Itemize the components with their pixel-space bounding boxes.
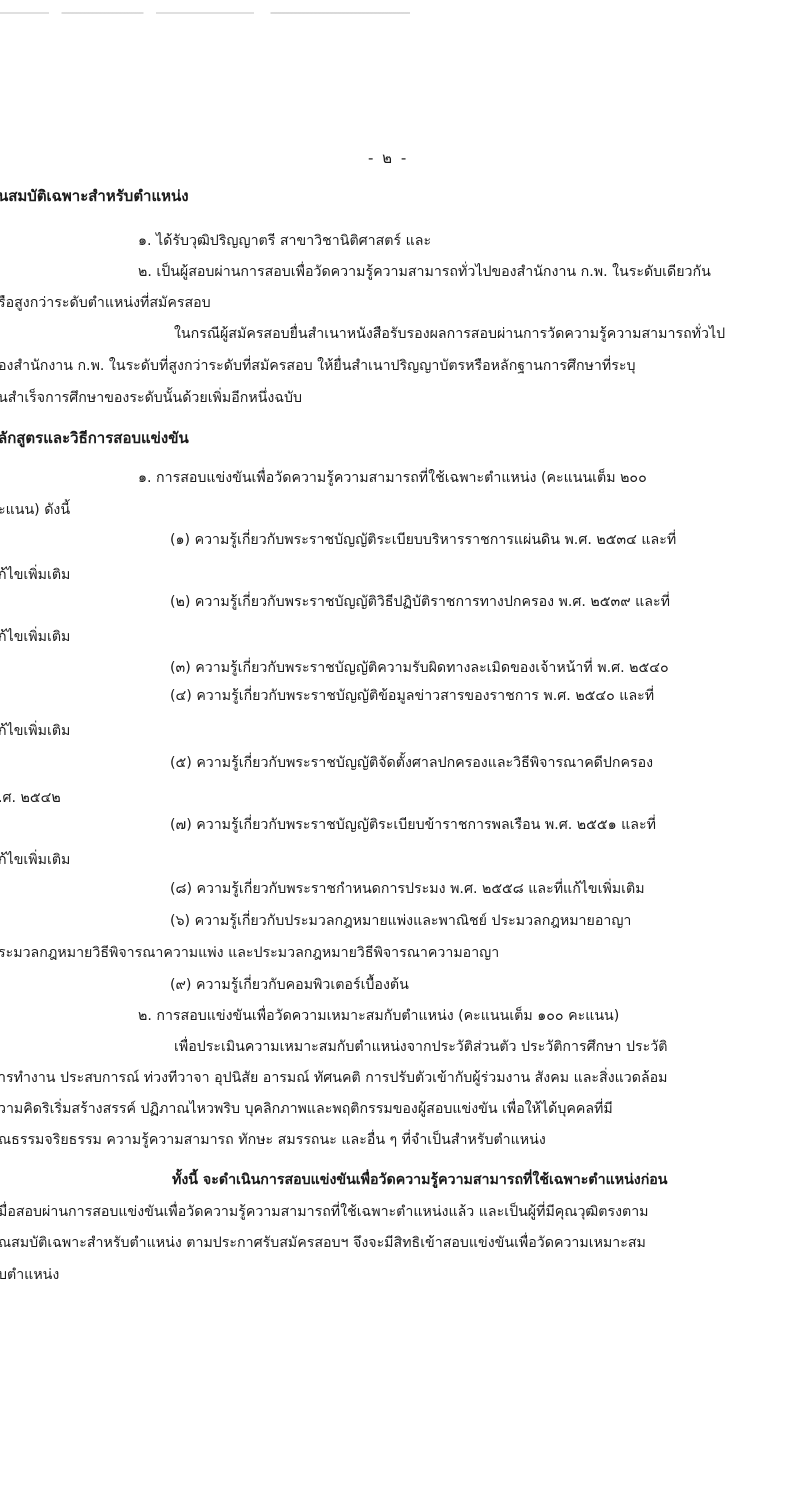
exam-topic-5: (๕) ความรู้เกี่ยวกับพระราชบัญญัติจัดตั้ง… [170, 753, 653, 773]
section-heading-qualifications: นสมบัติเฉพาะสำหรับตำแหน่ง [0, 186, 189, 206]
exam-part-1: ๑. การสอบแข่งขันเพื่อวัดความรู้ความสามาร… [138, 468, 647, 488]
exam-topic-7: (๗) ความรู้เกี่ยวกับพระราชบัญญัติระเบียบ… [170, 815, 656, 835]
section-heading-curriculum: ลักสูตรและวิธีการสอบแข่งขัน [0, 428, 189, 448]
qualification-item-2-cont: รือสูงกว่าระดับตำแหน่งที่สมัครสอบ [0, 293, 211, 313]
qualification-item-2: ๒. เป็นผู้สอบผ่านการสอบเพื่อวัดความรู้คว… [138, 262, 711, 282]
exam-topic-3: (๓) ความรู้เกี่ยวกับพระราชบัญญัติความรับ… [170, 658, 669, 678]
exam-part-2-desc-4: ุณธรรมจริยธรรม ความรู้ความสามารถ ทักษะ ส… [0, 1130, 546, 1150]
exam-topic-4: (๔) ความรู้เกี่ยวกับพระราชบัญญัติข้อมูลข… [170, 686, 654, 706]
page-number: - ๒ - [368, 146, 408, 170]
exam-part-1-cont: ะแนน) ดังนี้ [0, 500, 70, 520]
exam-part-2-desc-1: เพื่อประเมินความเหมาะสมกับตำแหน่งจากประว… [174, 1037, 667, 1057]
exam-part-2-desc-2: ารทำงาน ประสบการณ์ ท่วงทีวาจา อุปนิสัย อ… [0, 1068, 668, 1088]
exam-note-line-4: ับตำแหน่ง [0, 1265, 59, 1285]
exam-topic-8: (๘) ความรู้เกี่ยวกับพระราชกำหนดการประมง … [170, 879, 645, 899]
exam-topic-9: (๙) ความรู้เกี่ยวกับคอมพิวเตอร์เบื้องต้น [170, 975, 409, 995]
exam-topic-6-cont: ระมวลกฎหมายวิธีพิจารณาความแพ่ง และประมวล… [0, 943, 499, 963]
qualification-note-line-3: นสำเร็จการศึกษาของระดับนั้นด้วยเพิ่มอีกห… [0, 388, 302, 408]
qualification-note-line-2: องสำนักงาน ก.พ. ในระดับที่สูงกว่าระดับที… [0, 356, 635, 376]
scan-artifact-line [0, 12, 410, 14]
exam-topic-6: (๖) ความรู้เกี่ยวกับประมวลกฎหมายแพ่งและพ… [170, 911, 631, 931]
exam-part-2: ๒. การสอบแข่งขันเพื่อวัดความเหมาะสมกับตำ… [138, 1006, 619, 1026]
qualification-item-1: ๑. ได้รับวุฒิปริญญาตรี สาขาวิชานิติศาสตร… [138, 231, 431, 251]
exam-topic-2: (๒) ความรู้เกี่ยวกับพระราชบัญญัติวิธีปฏิ… [170, 592, 670, 612]
exam-note-line-1: ทั้งนี้ จะดำเนินการสอบแข่งขันเพื่อวัดควา… [172, 1170, 668, 1190]
exam-part-2-desc-3: วามคิดริเริ่มสร้างสรรค์ ปฏิภาณไหวพริบ บุ… [0, 1099, 613, 1119]
qualification-note-line-1: ในกรณีผู้สมัครสอบยื่นสำเนาหนังสือรับรองผ… [174, 324, 725, 344]
exam-topic-4-cont: ก้ไขเพิ่มเติม [0, 721, 70, 741]
exam-note-line-3: ุณสมบัติเฉพาะสำหรับตำแหน่ง ตามประกาศรับส… [0, 1233, 646, 1253]
exam-topic-7-cont: ก้ไขเพิ่มเติม [0, 850, 70, 870]
exam-topic-5-cont: .ศ. ๒๕๔๒ [0, 788, 61, 808]
exam-topic-1: (๑) ความรู้เกี่ยวกับพระราชบัญญัติระเบียบ… [170, 530, 676, 550]
exam-note-line-2: มื่อสอบผ่านการสอบแข่งขันเพื่อวัดความรู้ค… [0, 1202, 649, 1222]
exam-topic-1-cont: ก้ไขเพิ่มเติม [0, 565, 70, 585]
exam-topic-2-cont: ก้ไขเพิ่มเติม [0, 627, 70, 647]
